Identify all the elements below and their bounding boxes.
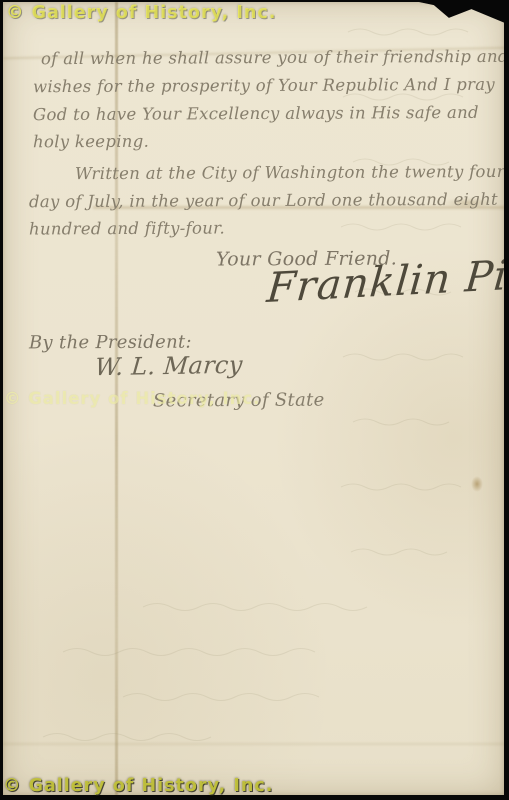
- by-the-president-line: By the President:: [29, 332, 192, 354]
- horizontal-crease: [3, 743, 509, 745]
- signature-w-l-marcy: W. L. Marcy: [94, 351, 244, 382]
- letter-line: Written at the City of Washington the tw…: [75, 162, 509, 183]
- letter-line: wishes for the prosperity of Your Republ…: [33, 75, 495, 96]
- document-photo: of all when he shall assure you of their…: [0, 0, 509, 800]
- letter-line: of all when he shall assure you of their…: [41, 47, 509, 68]
- letter-line: holy keeping.: [33, 132, 149, 152]
- letter-line: day of July, in the year of our Lord one…: [29, 190, 498, 211]
- letter-paper: of all when he shall assure you of their…: [3, 2, 504, 795]
- letter-line: God to have Your Excellency always in Hi…: [33, 103, 479, 124]
- secretary-of-state-title: Secretary of State: [153, 390, 325, 412]
- paper-stain: [471, 476, 483, 492]
- letter-line: hundred and fifty-four.: [29, 218, 225, 238]
